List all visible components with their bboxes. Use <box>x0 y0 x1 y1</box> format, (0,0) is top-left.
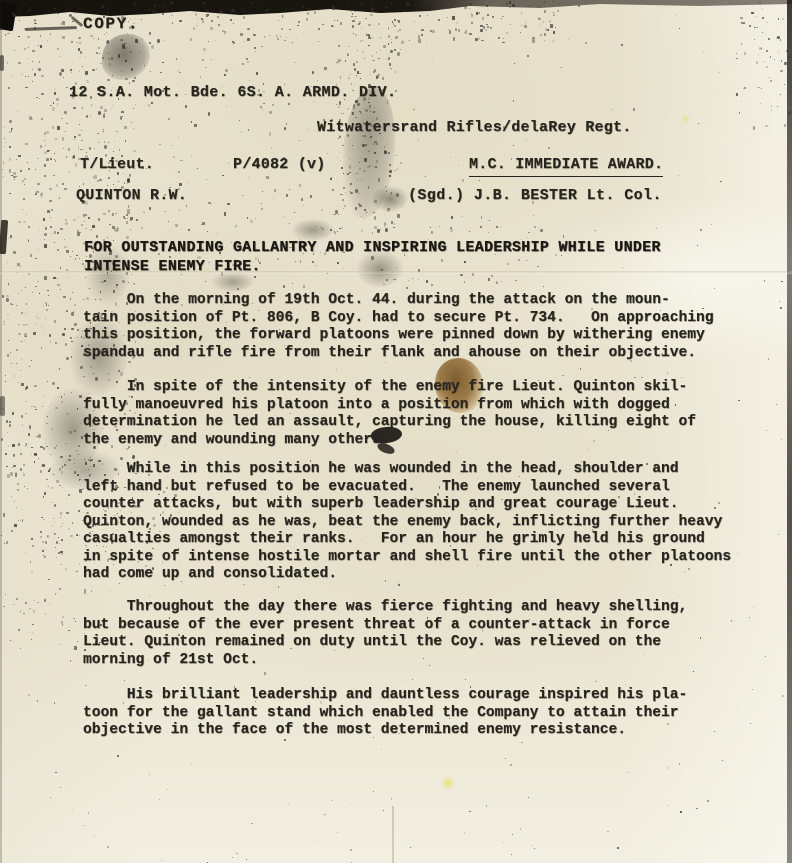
typed-line: morning of 21st Oct. <box>83 652 687 670</box>
regiment-line: Witwatersrand Rifles/delaRey Regt. <box>317 119 632 137</box>
typed-line: had come up and consolidated. <box>83 566 731 584</box>
fold-crease <box>392 806 394 863</box>
typed-line: this position, the forward platoons were… <box>83 327 714 345</box>
scanned-citation-document: COPY. 12 S.A. Mot. Bde. 6S. A. ARMD. DIV… <box>0 0 792 863</box>
corner-tear-mark <box>0 2 17 32</box>
typed-line: Throughout the day there was fierce figh… <box>83 599 687 617</box>
edge-mark <box>0 220 8 254</box>
left-paper-edge <box>0 0 2 863</box>
typed-line: In spite of the intensity of the enemy f… <box>83 379 696 397</box>
typed-line: but because of the ever present threat o… <box>83 617 687 635</box>
typed-line: FOR OUTSTANDING GALLANTRY AND INSPIRING … <box>84 238 661 257</box>
typed-line: objective in the face of the most determ… <box>83 722 687 740</box>
typed-line: toon for the gallant stand which enabled… <box>83 705 687 723</box>
typed-line: in spite of intense hostile mortar and s… <box>83 549 731 567</box>
citation-paragraph: His brilliant leadership and dauntless c… <box>83 687 687 740</box>
typed-line: Quinton, wounded as he was, beat the ene… <box>83 514 731 532</box>
typed-line: spandau and rifle fire from their flank … <box>83 345 714 363</box>
yellow-stain <box>441 776 455 790</box>
typed-line: counter attacks, but with superb leaders… <box>83 496 731 514</box>
typed-line: His brilliant leadership and dauntless c… <box>83 687 687 705</box>
typed-line: On the morning of 19th Oct. 44. during t… <box>83 292 714 310</box>
pencil-dash-mark <box>71 16 84 27</box>
unit-line: 12 S.A. Mot. Bde. 6S. A. ARMD. DIV. <box>69 84 396 102</box>
edge-mark <box>0 396 5 416</box>
photocopy-smudge <box>102 34 150 80</box>
typed-line: fully manoeuvred his platoon into a posi… <box>83 397 696 415</box>
award-title: M.C. IMMEDIATE AWARD. <box>469 156 663 177</box>
typed-line: determination he led an assault, capturi… <box>83 414 696 432</box>
right-paper-edge <box>787 0 792 863</box>
edge-mark <box>0 55 4 71</box>
typed-line: While in this position he was wounded in… <box>83 461 731 479</box>
citation-heading: FOR OUTSTANDING GALLANTRY AND INSPIRING … <box>84 238 661 276</box>
photocopy-smudge <box>372 186 408 212</box>
citation-paragraph: On the morning of 19th Oct. 44. during t… <box>83 292 714 362</box>
typed-line: tain position of Pt. 806, B Coy. had to … <box>83 310 714 328</box>
typed-line: Lieut. Quinton remained on duty until th… <box>83 634 687 652</box>
rank-label: T/Lieut. <box>80 156 154 174</box>
citation-paragraph: Throughout the day there was fierce figh… <box>83 599 687 669</box>
photocopy-smudge <box>341 87 398 219</box>
citation-paragraph: In spite of the intensity of the enemy f… <box>83 379 696 449</box>
typed-line: the enemy and wounding many others. <box>83 432 696 450</box>
signature-line: (Sgd.) J.B. BESTER Lt. Col. <box>408 187 662 205</box>
citation-paragraph: While in this position he was wounded in… <box>83 461 731 584</box>
pencil-dash-mark <box>25 26 77 31</box>
officer-name: QUINTON R.W. <box>76 187 187 205</box>
typed-line: casualties amongst their ranks. For an h… <box>83 531 731 549</box>
service-number: P/4082 (v) <box>233 156 326 174</box>
yellow-stain <box>680 114 691 125</box>
typed-line: INTENSE ENEMY FIRE. <box>84 257 661 276</box>
copy-stamp: COPY. <box>83 15 139 33</box>
typed-line: left hand but refused to be evacuated. T… <box>83 479 731 497</box>
